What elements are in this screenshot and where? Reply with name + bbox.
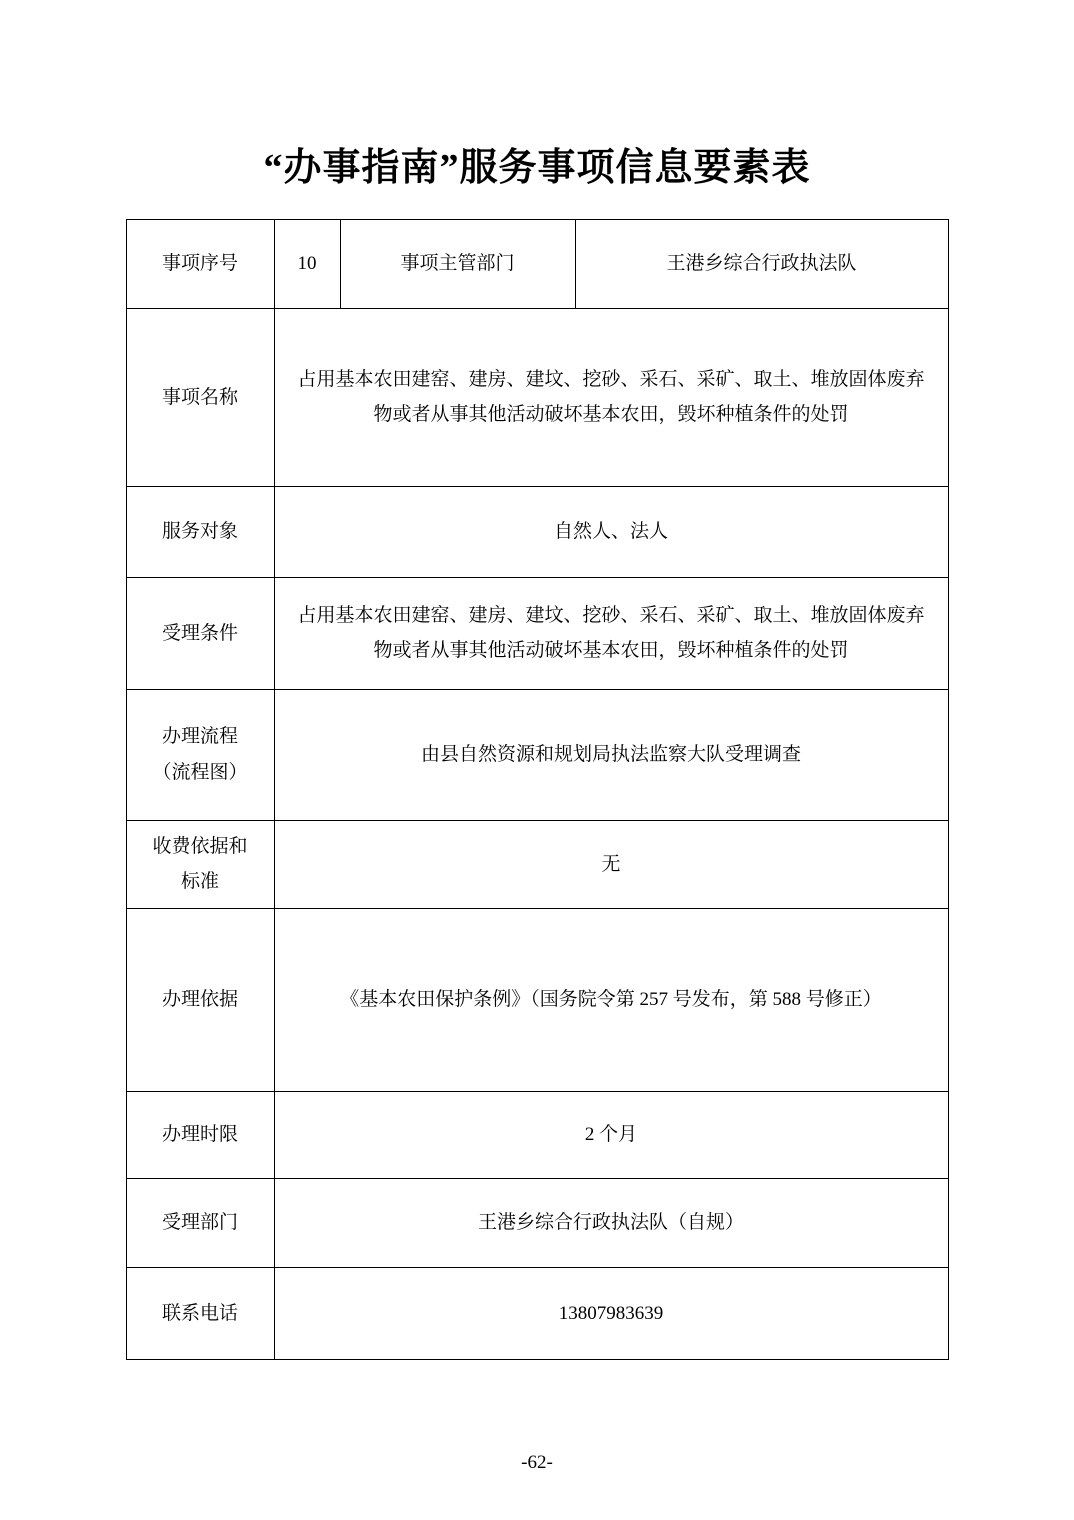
table-row-process-flow: 办理流程（流程图） 由县自然资源和规划局执法监察大队受理调查: [126, 689, 948, 820]
time-limit-value: 2 个月: [274, 1091, 948, 1178]
fee-basis-label: 收费依据和标准: [126, 820, 274, 908]
time-limit-label: 办理时限: [126, 1091, 274, 1178]
page-title: “办事指南”服务事项信息要素表: [0, 0, 1074, 192]
competent-department-value: 王港乡综合行政执法队: [575, 219, 948, 308]
fee-basis-value: 无: [274, 820, 948, 908]
accepting-department-label: 受理部门: [126, 1178, 274, 1267]
competent-department-label: 事项主管部门: [340, 219, 575, 308]
item-name-value: 占用基本农田建窑、建房、建坟、挖砂、采石、采矿、取土、堆放固体废弃物或者从事其他…: [274, 308, 948, 486]
table-row-acceptance-condition: 受理条件 占用基本农田建窑、建房、建坟、挖砂、采石、采矿、取土、堆放固体废弃物或…: [126, 577, 948, 689]
contact-phone-label: 联系电话: [126, 1267, 274, 1359]
item-serial-label: 事项序号: [126, 219, 274, 308]
table-row-item-name: 事项名称 占用基本农田建窑、建房、建坟、挖砂、采石、采矿、取土、堆放固体废弃物或…: [126, 308, 948, 486]
accepting-department-value: 王港乡综合行政执法队（自规）: [274, 1178, 948, 1267]
document-page: “办事指南”服务事项信息要素表 事项序号 10 事项主管部门 王港乡综合行政执法…: [0, 0, 1074, 1520]
acceptance-condition-label: 受理条件: [126, 577, 274, 689]
service-target-label: 服务对象: [126, 486, 274, 577]
page-number: -62-: [0, 1452, 1074, 1474]
handling-basis-label: 办理依据: [126, 908, 274, 1091]
process-flow-label: 办理流程（流程图）: [126, 689, 274, 820]
process-flow-value: 由县自然资源和规划局执法监察大队受理调查: [274, 689, 948, 820]
table-row-header: 事项序号 10 事项主管部门 王港乡综合行政执法队: [126, 219, 948, 308]
service-item-info-table: 事项序号 10 事项主管部门 王港乡综合行政执法队 事项名称 占用基本农田建窑、…: [126, 219, 949, 1360]
table-row-handling-basis: 办理依据 《基本农田保护条例》（国务院令第 257 号发布，第 588 号修正）: [126, 908, 948, 1091]
table-row-fee-basis: 收费依据和标准 无: [126, 820, 948, 908]
table-row-time-limit: 办理时限 2 个月: [126, 1091, 948, 1178]
table-row-contact-phone: 联系电话 13807983639: [126, 1267, 948, 1359]
table-row-accepting-department: 受理部门 王港乡综合行政执法队（自规）: [126, 1178, 948, 1267]
table-row-service-target: 服务对象 自然人、法人: [126, 486, 948, 577]
item-serial-value: 10: [274, 219, 340, 308]
handling-basis-value: 《基本农田保护条例》（国务院令第 257 号发布，第 588 号修正）: [274, 908, 948, 1091]
service-target-value: 自然人、法人: [274, 486, 948, 577]
item-name-label: 事项名称: [126, 308, 274, 486]
acceptance-condition-value: 占用基本农田建窑、建房、建坟、挖砂、采石、采矿、取土、堆放固体废弃物或者从事其他…: [274, 577, 948, 689]
contact-phone-value: 13807983639: [274, 1267, 948, 1359]
